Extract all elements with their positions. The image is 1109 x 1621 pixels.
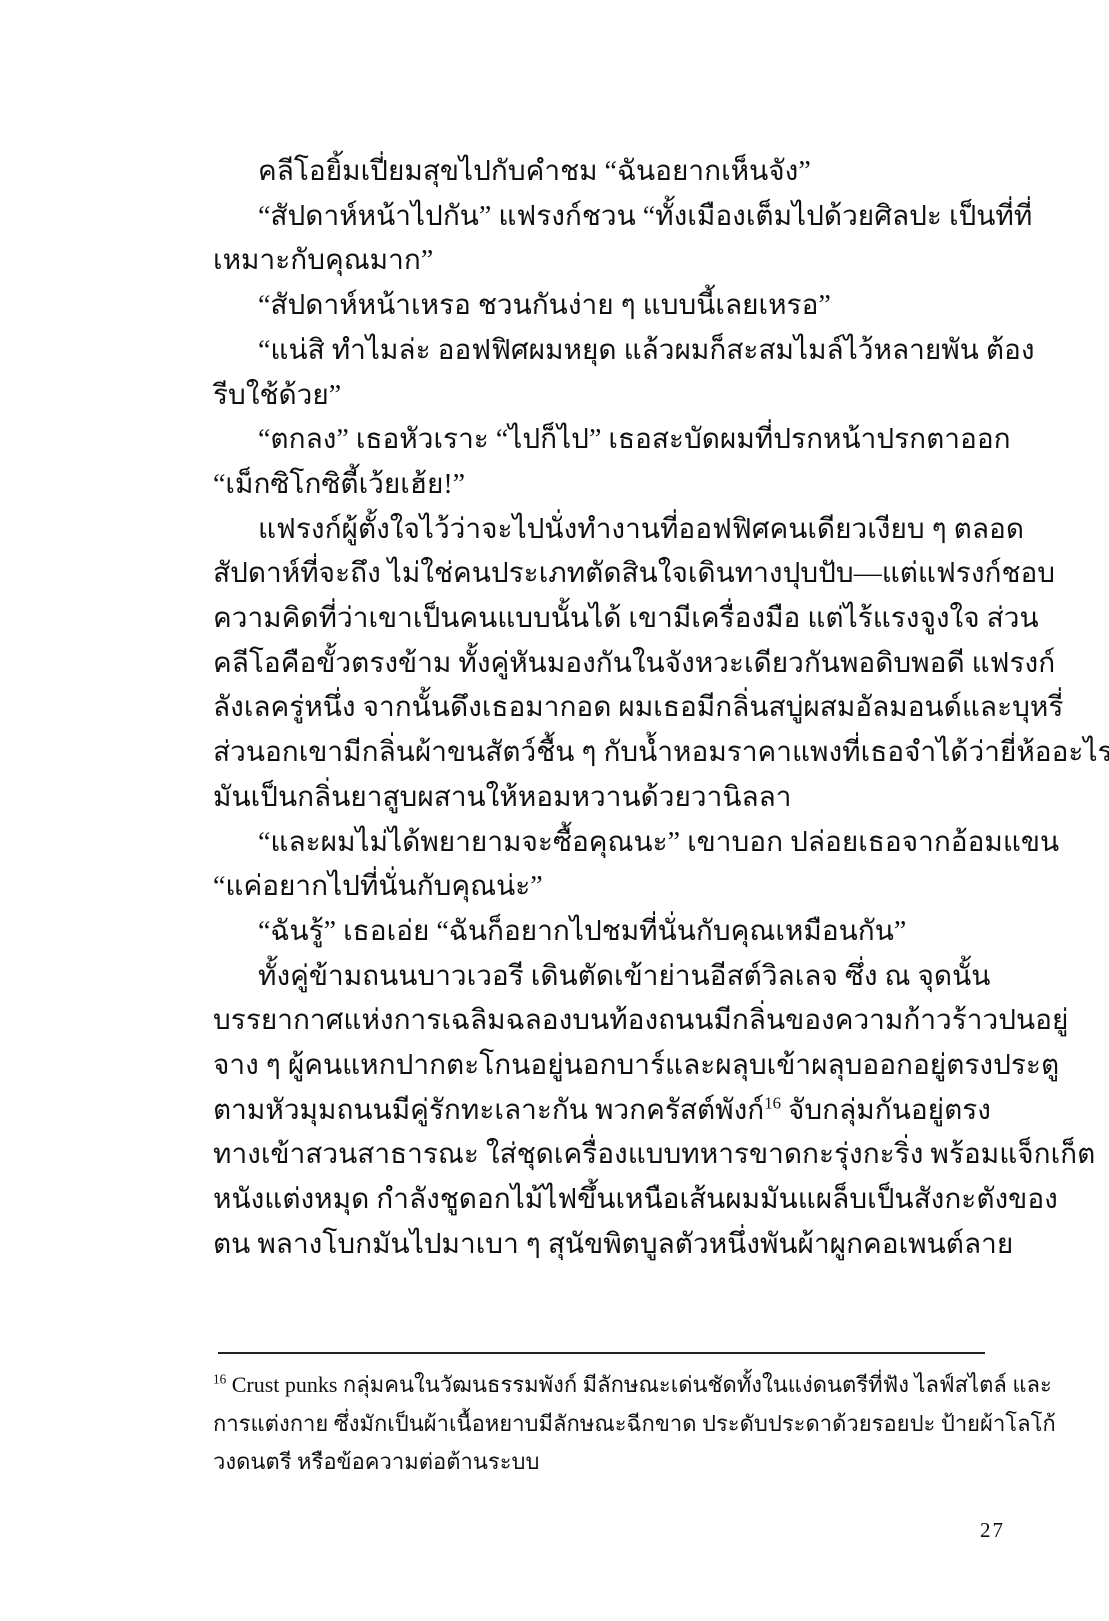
body-text-line: ตามหัวมุมถนนมีคู่รักทะเลาะกัน พวกครัสต์พ… [213, 1089, 1003, 1134]
body-text-line: ทั้งคู่ข้ามถนนบาวเวอรี เดินตัดเข้าย่านอี… [213, 955, 1003, 1000]
body-text-line: สัปดาห์ที่จะถึง ไม่ใช่คนประเภทตัดสินใจเด… [213, 552, 1003, 597]
footnote-line: การแต่งกาย ซึ่งมักเป็นผ้าเนื้อหยาบมีลักษ… [213, 1405, 1013, 1444]
body-text-line: “ตกลง” เธอหัวเราะ “ไปก็ไป” เธอสะบัดผมที่… [213, 418, 1003, 463]
body-text-line: บรรยากาศแห่งการเฉลิมฉลองบนท้องถนนมีกลิ่น… [213, 999, 1003, 1044]
body-text-line: ทางเข้าสวนสาธารณะ ใส่ชุดเครื่องแบบทหารขา… [213, 1133, 1003, 1178]
body-text-line: “และผมไม่ได้พยายามจะซื้อคุณนะ” เขาบอก ปล… [213, 821, 1003, 866]
line-text: Crust punks กลุ่มคนในวัฒนธรรมพังก์ มีลัก… [226, 1372, 1052, 1397]
body-text-line: มันเป็นกลิ่นยาสูบผสานให้หอมหวานด้วยวานิล… [213, 776, 1003, 821]
body-text-line: ส่วนอกเขามีกลิ่นผ้าขนสัตว์ชื้น ๆ กับน้ำห… [213, 731, 1003, 776]
page-number: 27 [213, 1518, 1005, 1543]
body-text-line: หนังแต่งหมุด กำลังชูดอกไม้ไฟขึ้นเหนือเส้… [213, 1178, 1003, 1223]
body-text-line: ความคิดที่ว่าเขาเป็นคนแบบนั้นได้ เขามีเค… [213, 597, 1003, 642]
body-text-line: ลังเลครู่หนึ่ง จากนั้นดึงเธอมากอด ผมเธอม… [213, 686, 1003, 731]
body-text-line: รีบใช้ด้วย” [213, 374, 1003, 419]
footnote-reference-number: 16 [213, 1372, 226, 1387]
line-text: จับกลุ่มกันอยู่ตรง [781, 1095, 991, 1126]
body-text-line: “แค่อยากไปที่นั่นกับคุณน่ะ” [213, 865, 1003, 910]
book-page: คลีโอยิ้มเปี่ยมสุขไปกับคำชม “ฉันอยากเห็น… [0, 0, 1109, 1621]
footnote-reference-number: 16 [764, 1093, 781, 1112]
footnote-line: วงดนตรี หรือข้อความต่อต้านระบบ [213, 1443, 1013, 1482]
body-text-line: คลีโอยิ้มเปี่ยมสุขไปกับคำชม “ฉันอยากเห็น… [213, 150, 1003, 195]
footnote-divider [218, 1352, 985, 1354]
footnote: 16 Crust punks กลุ่มคนในวัฒนธรรมพังก์ มี… [213, 1366, 1013, 1482]
body-text-line: แฟรงก์ผู้ตั้งใจไว้ว่าจะไปนั่งทำงานที่ออฟ… [213, 508, 1003, 553]
footnote-line: 16 Crust punks กลุ่มคนในวัฒนธรรมพังก์ มี… [213, 1366, 1013, 1405]
body-text-line: “สัปดาห์หน้าเหรอ ชวนกันง่าย ๆ แบบนี้เลยเ… [213, 284, 1003, 329]
body-text-line: “แน่สิ ทำไมล่ะ ออฟฟิศผมหยุด แล้วผมก็สะสม… [213, 329, 1003, 374]
body-text-line: “สัปดาห์หน้าไปกัน” แฟรงก์ชวน “ทั้งเมืองเ… [213, 195, 1003, 240]
body-text-line: “ฉันรู้” เธอเอ่ย “ฉันก็อยากไปชมที่นั่นกั… [213, 910, 1003, 955]
body-text-line: ตน พลางโบกมันไปมาเบา ๆ สุนัขพิตบูลตัวหนึ… [213, 1223, 1003, 1268]
line-text: ตามหัวมุมถนนมีคู่รักทะเลาะกัน พวกครัสต์พ… [213, 1095, 764, 1126]
body-text-line: คลีโอคือขั้วตรงข้าม ทั้งคู่หันมองกันในจั… [213, 642, 1003, 687]
body-text-line: “เม็กซิโกซิตี้เว้ยเฮ้ย!” [213, 463, 1003, 508]
body-text: คลีโอยิ้มเปี่ยมสุขไปกับคำชม “ฉันอยากเห็น… [213, 150, 1003, 1268]
body-text-line: จาง ๆ ผู้คนแหกปากตะโกนอยู่นอกบาร์และผลุบ… [213, 1044, 1003, 1089]
body-text-line: เหมาะกับคุณมาก” [213, 239, 1003, 284]
